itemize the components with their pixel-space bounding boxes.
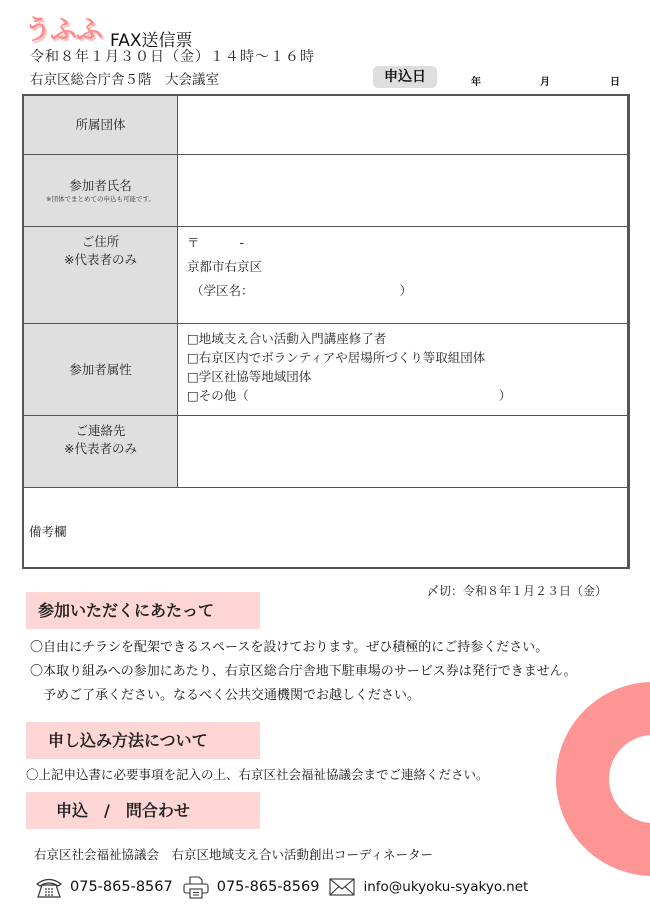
section-header-participation: 参加いただくにあたって bbox=[26, 592, 260, 629]
attribute-label: 参加者属性 bbox=[24, 324, 178, 415]
school-district-close: ） bbox=[400, 283, 413, 298]
contact-sub-label: ※代表者のみ bbox=[64, 440, 137, 458]
affiliation-input[interactable] bbox=[179, 96, 627, 154]
telephone-icon bbox=[34, 875, 64, 899]
contact-info-row: 075-865-8567 075-865-8569 info@ukyoku-sy… bbox=[34, 875, 536, 899]
attribute-other-close: ） bbox=[499, 388, 512, 403]
row-address: ご住所 ※代表者のみ 〒 - 京都市右京区 （学区名： ） bbox=[24, 227, 627, 324]
attribute-options: □地域支え合い活動入門講座修了者 □右京区内でボランティアや居場所づくり等取組団… bbox=[179, 324, 627, 415]
section-header-contact: 申込 / 問合わせ bbox=[26, 792, 260, 829]
decorative-donut-shape bbox=[556, 682, 650, 876]
application-form-table: 所属団体 参加者氏名 ※団体でまとめての申込も可能です。 ご住所 ※代表者のみ … bbox=[22, 94, 630, 569]
attribute-checkbox-volunteer-group[interactable]: □右京区内でボランティアや居場所づくり等取組団体 bbox=[187, 348, 627, 367]
participation-bullet: 〇本取り組みへの参加にあたり、右京区総合庁舎地下駐車場のサービス券は発行できませ… bbox=[30, 660, 577, 679]
postal-mark: 〒 bbox=[187, 235, 200, 250]
envelope-icon bbox=[327, 875, 357, 899]
attribute-checkbox-other[interactable]: □その他（ ） bbox=[187, 386, 627, 405]
school-district-label: （学区名： bbox=[191, 283, 254, 298]
apply-month-field[interactable]: 月 bbox=[540, 73, 550, 88]
row-affiliation: 所属団体 bbox=[24, 96, 627, 155]
fax-number[interactable]: 075-865-8569 bbox=[217, 879, 320, 895]
logo: うふふ bbox=[24, 8, 102, 47]
attribute-label-text: 参加者属性 bbox=[69, 361, 132, 379]
address-sub-label: ※代表者のみ bbox=[64, 251, 137, 269]
attribute-other-label: □その他（ bbox=[187, 388, 249, 403]
notes-label: 備考欄 bbox=[29, 522, 67, 540]
city-text: 京都市右京区 bbox=[187, 255, 627, 279]
postal-code-line[interactable]: 〒 - bbox=[187, 231, 627, 255]
row-participant-attribute: 参加者属性 □地域支え合い活動入門講座修了者 □右京区内でボランティアや居場所づ… bbox=[24, 324, 627, 416]
row-notes[interactable]: 備考欄 bbox=[24, 488, 627, 567]
row-contact: ご連絡先 ※代表者のみ bbox=[24, 416, 627, 488]
postal-dash: - bbox=[240, 235, 245, 250]
participation-bullet: 〇自由にチラシを配架できるスペースを設けております。ぜひ積極的にご持参ください。 bbox=[30, 636, 548, 655]
row-participant-name: 参加者氏名 ※団体でまとめての申込も可能です。 bbox=[24, 155, 627, 227]
contact-label: ご連絡先 ※代表者のみ bbox=[24, 416, 178, 487]
apply-day-field[interactable]: 日 bbox=[610, 73, 620, 88]
address-input[interactable]: 〒 - 京都市右京区 （学区名： ） bbox=[179, 227, 627, 323]
address-label-text: ご住所 bbox=[82, 233, 120, 251]
attribute-checkbox-community-group[interactable]: □学区社協等地域団体 bbox=[187, 367, 627, 386]
affiliation-label: 所属団体 bbox=[24, 96, 178, 154]
donut-hole bbox=[609, 735, 650, 823]
participant-name-note: ※団体でまとめての申込も可能です。 bbox=[46, 195, 155, 204]
deadline-text: 〆切：令和８年１月２３日（金） bbox=[427, 582, 607, 599]
address-label: ご住所 ※代表者のみ bbox=[24, 227, 178, 323]
how-to-apply-bullet: 〇上記申込書に必要事項を記入の上、右京区社会福祉協議会までご連絡ください。 bbox=[26, 765, 489, 783]
participant-name-input[interactable] bbox=[179, 155, 627, 226]
school-district-line[interactable]: （学区名： ） bbox=[187, 279, 627, 303]
participation-bullet: 予めご了承ください。なるべく公共交通機関でお越しください。 bbox=[30, 684, 420, 703]
event-place: 右京区総合庁舎５階 大会議室 bbox=[30, 68, 219, 88]
section-header-how-to-apply: 申し込み方法について bbox=[26, 722, 260, 759]
affiliation-label-text: 所属団体 bbox=[75, 116, 125, 134]
participant-name-label-text: 参加者氏名 bbox=[69, 177, 132, 195]
apply-year-field[interactable]: 年 bbox=[471, 73, 481, 88]
organization-name: 右京区社会福祉協議会 右京区地域支え合い活動創出コーディネーター bbox=[34, 845, 433, 863]
email-address[interactable]: info@ukyoku-syakyo.net bbox=[363, 879, 528, 895]
contact-label-text: ご連絡先 bbox=[75, 422, 125, 440]
apply-date-label: 申込日 bbox=[373, 66, 437, 88]
attribute-checkbox-course-graduate[interactable]: □地域支え合い活動入門講座修了者 bbox=[187, 329, 627, 348]
phone-number[interactable]: 075-865-8567 bbox=[70, 879, 173, 895]
fax-icon bbox=[181, 875, 211, 899]
participant-name-label: 参加者氏名 ※団体でまとめての申込も可能です。 bbox=[24, 155, 178, 226]
contact-input[interactable] bbox=[179, 416, 627, 487]
event-date: 令和８年１月３０日（金）１４時〜１６時 bbox=[30, 46, 315, 66]
